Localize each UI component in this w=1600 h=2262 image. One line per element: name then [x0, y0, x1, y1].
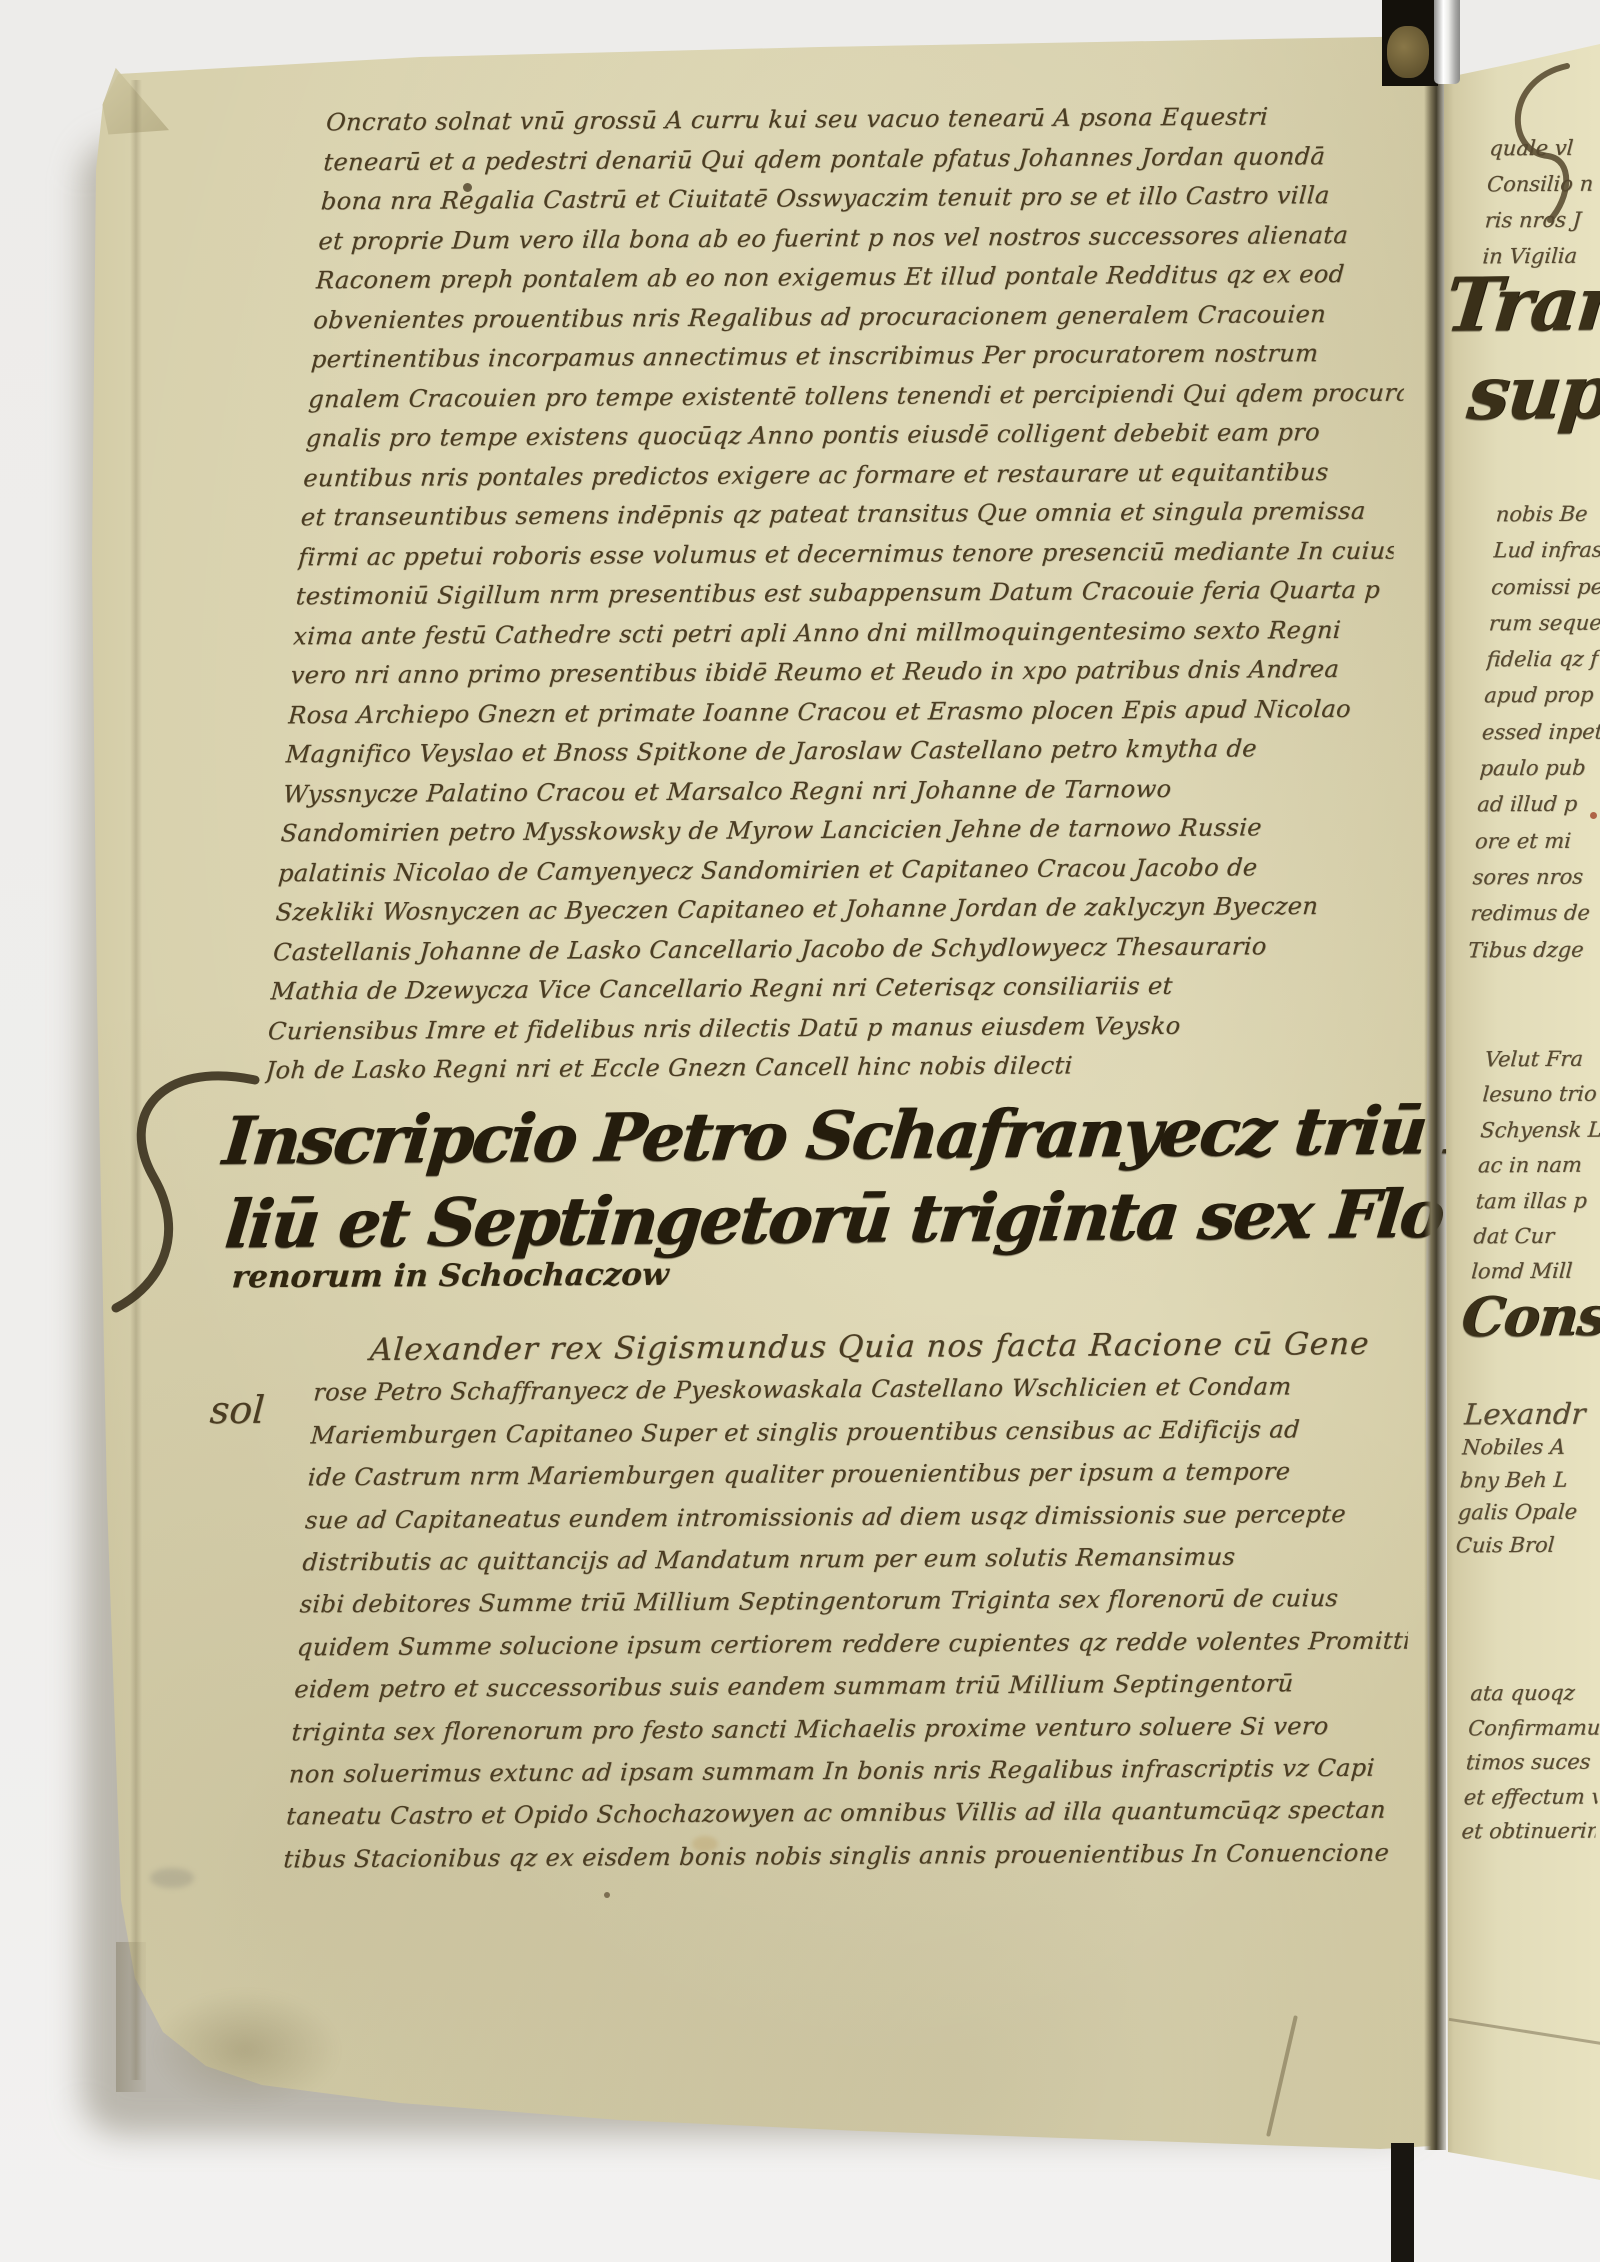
text-line: gnalis pro tempe existens quocūqz Anno p…: [305, 413, 1403, 459]
text-line: apud prop: [1483, 677, 1600, 714]
manuscript-photo: Oncrato solnat vnū grossū A curru kui se…: [0, 0, 1600, 2262]
right-page-heading-line-1: Tran: [1442, 261, 1600, 349]
text-line: distributis ac quittancijs ad Mandatum n…: [301, 1535, 1414, 1584]
text-line: taneatu Castro et Opido Schochazowyen ac…: [285, 1789, 1398, 1838]
text-line: obvenientes prouentibus nris Regalibus a…: [312, 294, 1410, 340]
text-line: Cuis Brol: [1455, 1529, 1597, 1563]
binding-edge: [1387, 26, 1429, 78]
text-line: nobis Be: [1495, 496, 1600, 533]
text-line: bny Beh L: [1459, 1463, 1600, 1497]
right-page-heading-line-2: supe: [1464, 349, 1600, 437]
marginal-note: sol: [209, 1388, 266, 1432]
text-line: Wyssnycze Palatino Cracou et Marsalco Re…: [282, 768, 1380, 814]
text-line: Confirmamus: [1467, 1710, 1600, 1745]
right-page-bottom-lines: ata quoqzConfirmamustimos suceset effect…: [1460, 1676, 1600, 1850]
text-line: Tibus dzge: [1467, 931, 1591, 968]
right-page-heading-2: Consen: [1459, 1283, 1600, 1349]
text-line: Velut Fra: [1484, 1042, 1600, 1078]
smudge: [150, 1868, 194, 1888]
text-line: rose Petro Schaffranyecz de Pyeskowaskal…: [312, 1365, 1425, 1414]
text-line: ac in nam: [1477, 1148, 1600, 1184]
text-line: vero nri anno primo presentibus ibidē Re…: [289, 650, 1387, 696]
entry-heading-line-2: liū et Septingetorū triginta sex Flo: [222, 1175, 1446, 1264]
text-line: paulo pub: [1479, 750, 1600, 787]
text-line: Schyensk L: [1479, 1112, 1600, 1148]
text-line: Joh de Lasko Regni nri et Eccle Gnezn Ca…: [264, 1045, 1362, 1091]
text-line: Castellanis Johanne de Lasko Cancellario…: [272, 926, 1370, 972]
text-line: eidem petro et successoribus suis eandem…: [293, 1662, 1406, 1711]
page-gutter-shadow: [1424, 34, 1446, 2150]
text-line: redimus de: [1469, 895, 1593, 932]
text-line: Raconem preph pontalem ab eo non exigemu…: [315, 255, 1413, 301]
text-line: quidem Summe solucione ipsum certiorem r…: [296, 1619, 1409, 1668]
right-page-lower-lines: LexandrNobiles Abny Beh Lgalis OpaleCuis…: [1455, 1398, 1600, 1563]
text-line: galis Opale: [1457, 1496, 1599, 1530]
right-page-top-lines: quale vlConsilio nris nros Jin Vigilia: [1481, 130, 1600, 275]
text-line: Rosa Archiepo Gnezn et primate Ioanne Cr…: [287, 689, 1385, 735]
text-line: tenearū et a pedestri denariū Qui qdem p…: [322, 136, 1420, 182]
text-line: essed inpet: [1481, 713, 1600, 750]
text-line: ata quoqz: [1469, 1676, 1600, 1711]
right-page-mid-lines-b: Velut Fralesuno trioSchyensk Lac in namt…: [1470, 1042, 1600, 1291]
text-line: et obtinuerim: [1460, 1814, 1596, 1849]
text-line: fidelia qz f: [1485, 641, 1600, 678]
text-line: Lexandr: [1463, 1398, 1600, 1432]
text-line: pertinentibus incorpamus annectimus et i…: [310, 334, 1408, 380]
corner-wear: [150, 1990, 340, 2110]
text-line: Oncrato solnat vnū grossū A curru kui se…: [325, 97, 1423, 143]
text-line: Nobiles A: [1461, 1430, 1600, 1464]
entry-heading-line-3: renorum in Schochaczow: [231, 1257, 670, 1296]
text-line: Sandomirien petro Mysskowsky de Myrow La…: [279, 808, 1377, 854]
text-line: Magnifico Veyslao et Bnoss Spitkone de J…: [284, 729, 1382, 775]
text-line: Lud infras: [1492, 532, 1600, 569]
entry-heading-line-1: Inscripcio Petro Schafranyecz triū Mil: [220, 1090, 1567, 1180]
text-block-1: Oncrato solnat vnū grossū A curru kui se…: [264, 97, 1422, 1091]
text-line: comissi pe: [1490, 568, 1600, 605]
text-line: Curiensibus Imre et fidelibus nris dilec…: [267, 1005, 1365, 1051]
text-line: ide Castrum nrm Mariemburgen qualiter pr…: [307, 1450, 1420, 1499]
edge-fold: [116, 1942, 146, 2092]
text-line: ris nros J: [1484, 202, 1600, 239]
text-line: quale vl: [1488, 130, 1600, 167]
text-line: tam illas p: [1475, 1183, 1600, 1219]
text-line: Mathia de Dzewycza Vice Cancellario Regn…: [269, 966, 1367, 1012]
text-line: bona nra Regalia Castrū et Ciuitatē Ossw…: [320, 176, 1418, 222]
text-line: Alexander rex Sigismundus Quia nos facta…: [315, 1323, 1428, 1372]
text-line: et proprie Dum vero illa bona ab eo fuer…: [317, 215, 1415, 261]
text-line: Szekliki Wosnyczen ac Byeczen Capitaneo …: [274, 887, 1372, 933]
text-line: et effectum v: [1463, 1779, 1599, 1814]
text-line: euntibus nris pontales predictos exigere…: [302, 452, 1400, 498]
ink-stain: [604, 1892, 610, 1898]
text-line: firmi ac ppetui roboris esse volumus et …: [297, 531, 1395, 577]
text-line: non soluerimus extunc ad ipsam summam In…: [288, 1747, 1401, 1796]
text-line: ore et mi: [1474, 822, 1598, 859]
text-line: sue ad Capitaneatus eundem intromissioni…: [304, 1492, 1417, 1541]
text-line: testimoniū Sigillum nrm presentibus est …: [295, 571, 1393, 617]
text-line: dat Cur: [1472, 1219, 1600, 1255]
text-line: rum sequent: [1488, 605, 1600, 642]
text-line: gnalem Cracouien pro tempe existentē tol…: [307, 373, 1405, 419]
page-holder-rod: [1434, 0, 1460, 84]
text-line: lesuno trio: [1481, 1077, 1600, 1113]
text-line: tibus Stacionibus qz ex eisdem bonis nob…: [282, 1831, 1395, 1880]
text-line: xima ante festū Cathedre scti petri apli…: [292, 610, 1390, 656]
book-interior-dark-bottom: [1391, 2143, 1414, 2262]
text-line: ad illud p: [1476, 786, 1600, 823]
text-block-2: Alexander rex Sigismundus Quia nos facta…: [282, 1323, 1428, 1881]
text-line: timos suces: [1465, 1745, 1600, 1780]
text-line: Mariemburgen Capitaneo Super et singlis …: [309, 1407, 1422, 1456]
text-line: sibi debitores Summe triū Millium Septin…: [298, 1577, 1411, 1626]
text-line: et transeuntibus semens indēpnis qz pate…: [300, 492, 1398, 538]
text-line: triginta sex florenorum pro festo sancti…: [290, 1704, 1403, 1753]
text-line: Consilio n: [1486, 166, 1600, 203]
text-line: palatinis Nicolao de Camyenyecz Sandomir…: [277, 847, 1375, 893]
text-line: sores nros: [1472, 859, 1596, 896]
